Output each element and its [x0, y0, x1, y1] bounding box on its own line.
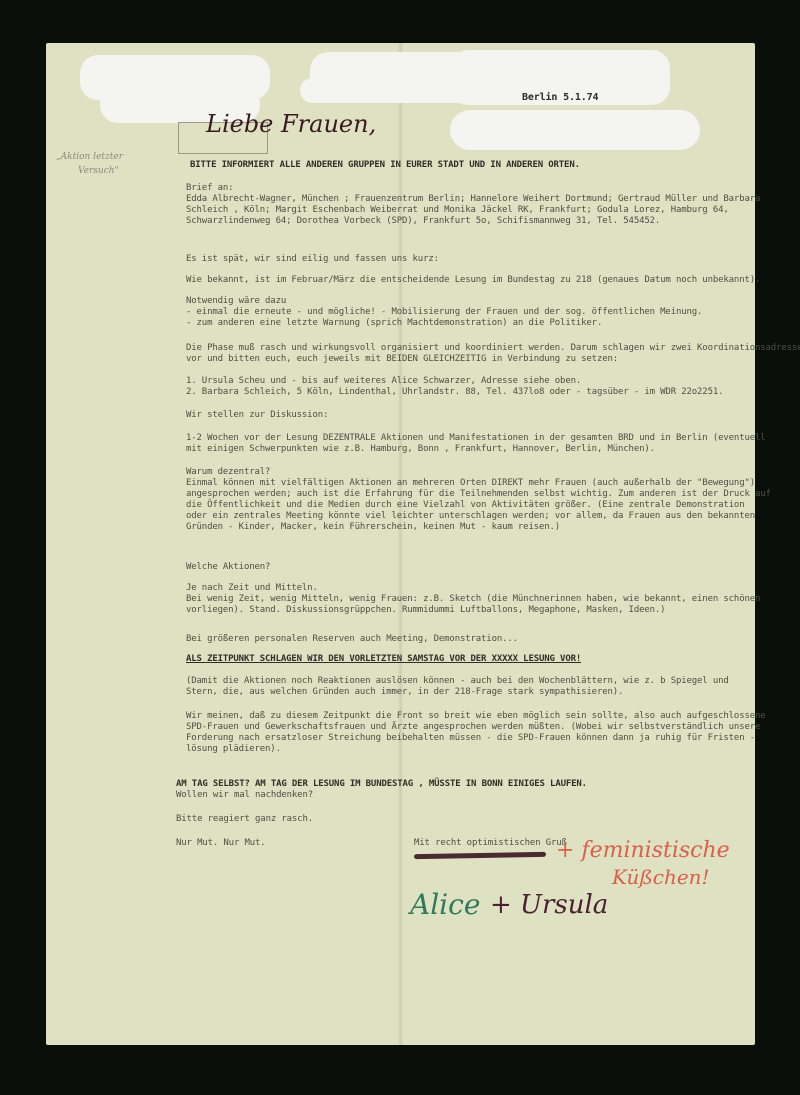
paragraph: Je nach Zeit und Mitteln.	[186, 583, 318, 594]
paragraph: lösung plädieren).	[186, 744, 281, 755]
paragraph: vor und bitten euch, euch jeweils mit BE…	[186, 354, 618, 365]
margin-note-line: Versuch"	[56, 164, 123, 178]
section-heading: Wir stellen zur Diskussion:	[186, 410, 328, 421]
recipients-line: Schwarzlindenweg 64; Dorothea Vorbeck (S…	[186, 216, 660, 227]
paragraph: - einmal die erneute - und mögliche! - M…	[186, 307, 702, 318]
paragraph: Bei wenig Zeit, wenig Mitteln, wenig Fra…	[186, 594, 760, 605]
paragraph: Wollen wir mal nachdenken?	[176, 790, 313, 801]
paragraph: die Öffentlichkeit und die Medien durch …	[186, 500, 744, 511]
closing-line: Mit recht optimistischen Gruß	[414, 838, 567, 849]
section-heading: Warum dezentral?	[186, 467, 270, 478]
paragraph: Bitte reagiert ganz rasch.	[176, 814, 313, 825]
recipients-label: Brief an:	[186, 183, 233, 194]
paragraph: Gründen - Kinder, Macker, kein Führersch…	[186, 522, 560, 533]
contact-item: 1. Ursula Scheu und - bis auf weiteres A…	[186, 376, 581, 387]
paragraph: Einmal können mit vielfältigen Aktionen …	[186, 478, 755, 489]
paragraph: Es ist spät, wir sind eilig und fassen u…	[186, 254, 439, 265]
section-heading: Welche Aktionen?	[186, 562, 270, 573]
paragraph: Wie bekannt, ist im Februar/März die ent…	[186, 275, 760, 286]
paragraph: Nur Mut. Nur Mut.	[176, 838, 266, 849]
salutation-handwritten: Liebe Frauen,	[206, 110, 376, 138]
paragraph: AM TAG SELBST? AM TAG DER LESUNG IM BUND…	[176, 779, 587, 790]
margin-note-line: „Aktion letzter	[56, 150, 123, 164]
paragraph: Forderung nach ersatzloser Streichung be…	[186, 733, 755, 744]
paragraph: (Damit die Aktionen noch Reaktionen ausl…	[186, 676, 729, 687]
recipients-line: Edda Albrecht-Wagner, München ; Frauenze…	[186, 194, 760, 205]
paragraph: - zum anderen eine letzte Warnung (spric…	[186, 318, 602, 329]
paragraph: SPD-Frauen und Gewerkschaftsfrauen und Ä…	[186, 722, 760, 733]
signature-ursula: + Ursula	[490, 890, 608, 920]
signature-alice: Alice	[410, 888, 480, 921]
letter-date: Berlin 5.1.74	[522, 92, 598, 103]
paragraph: angesprochen werden; auch ist die Erfahr…	[186, 489, 771, 500]
paragraph: vorliegen). Stand. Diskussionsgrüppchen.…	[186, 605, 665, 616]
recipients-line: Schleich , Köln; Margit Eschenbach Weibe…	[186, 205, 729, 216]
paragraph: Die Phase muß rasch und wirkungsvoll org…	[186, 343, 800, 354]
paragraph: Wir meinen, daß zu diesem Zeitpunkt die …	[186, 711, 766, 722]
red-handwritten-addition: + feministische	[556, 838, 730, 863]
redaction-6	[450, 110, 700, 150]
paragraph: Bei größeren personalen Reserven auch Me…	[186, 634, 518, 645]
paragraph: oder ein zentrales Meeting könnte viel l…	[186, 511, 755, 522]
paragraph: 1-2 Wochen vor der Lesung DEZENTRALE Akt…	[186, 433, 766, 444]
margin-note: „Aktion letzter Versuch"	[56, 150, 123, 178]
paragraph: mit einigen Schwerpunkten wie z.B. Hambu…	[186, 444, 655, 455]
proposal-line: ALS ZEITPUNKT SCHLAGEN WIR DEN VORLETZTE…	[186, 654, 581, 665]
intro-line: BITTE INFORMIERT ALLE ANDEREN GRUPPEN IN…	[190, 160, 580, 171]
contact-item: 2. Barbara Schleich, 5 Köln, Lindenthal,…	[186, 387, 723, 398]
red-handwritten-addition: Küßchen!	[612, 865, 710, 889]
paragraph: Notwendig wäre dazu	[186, 296, 286, 307]
paragraph: Stern, die, aus welchen Gründen auch imm…	[186, 687, 623, 698]
